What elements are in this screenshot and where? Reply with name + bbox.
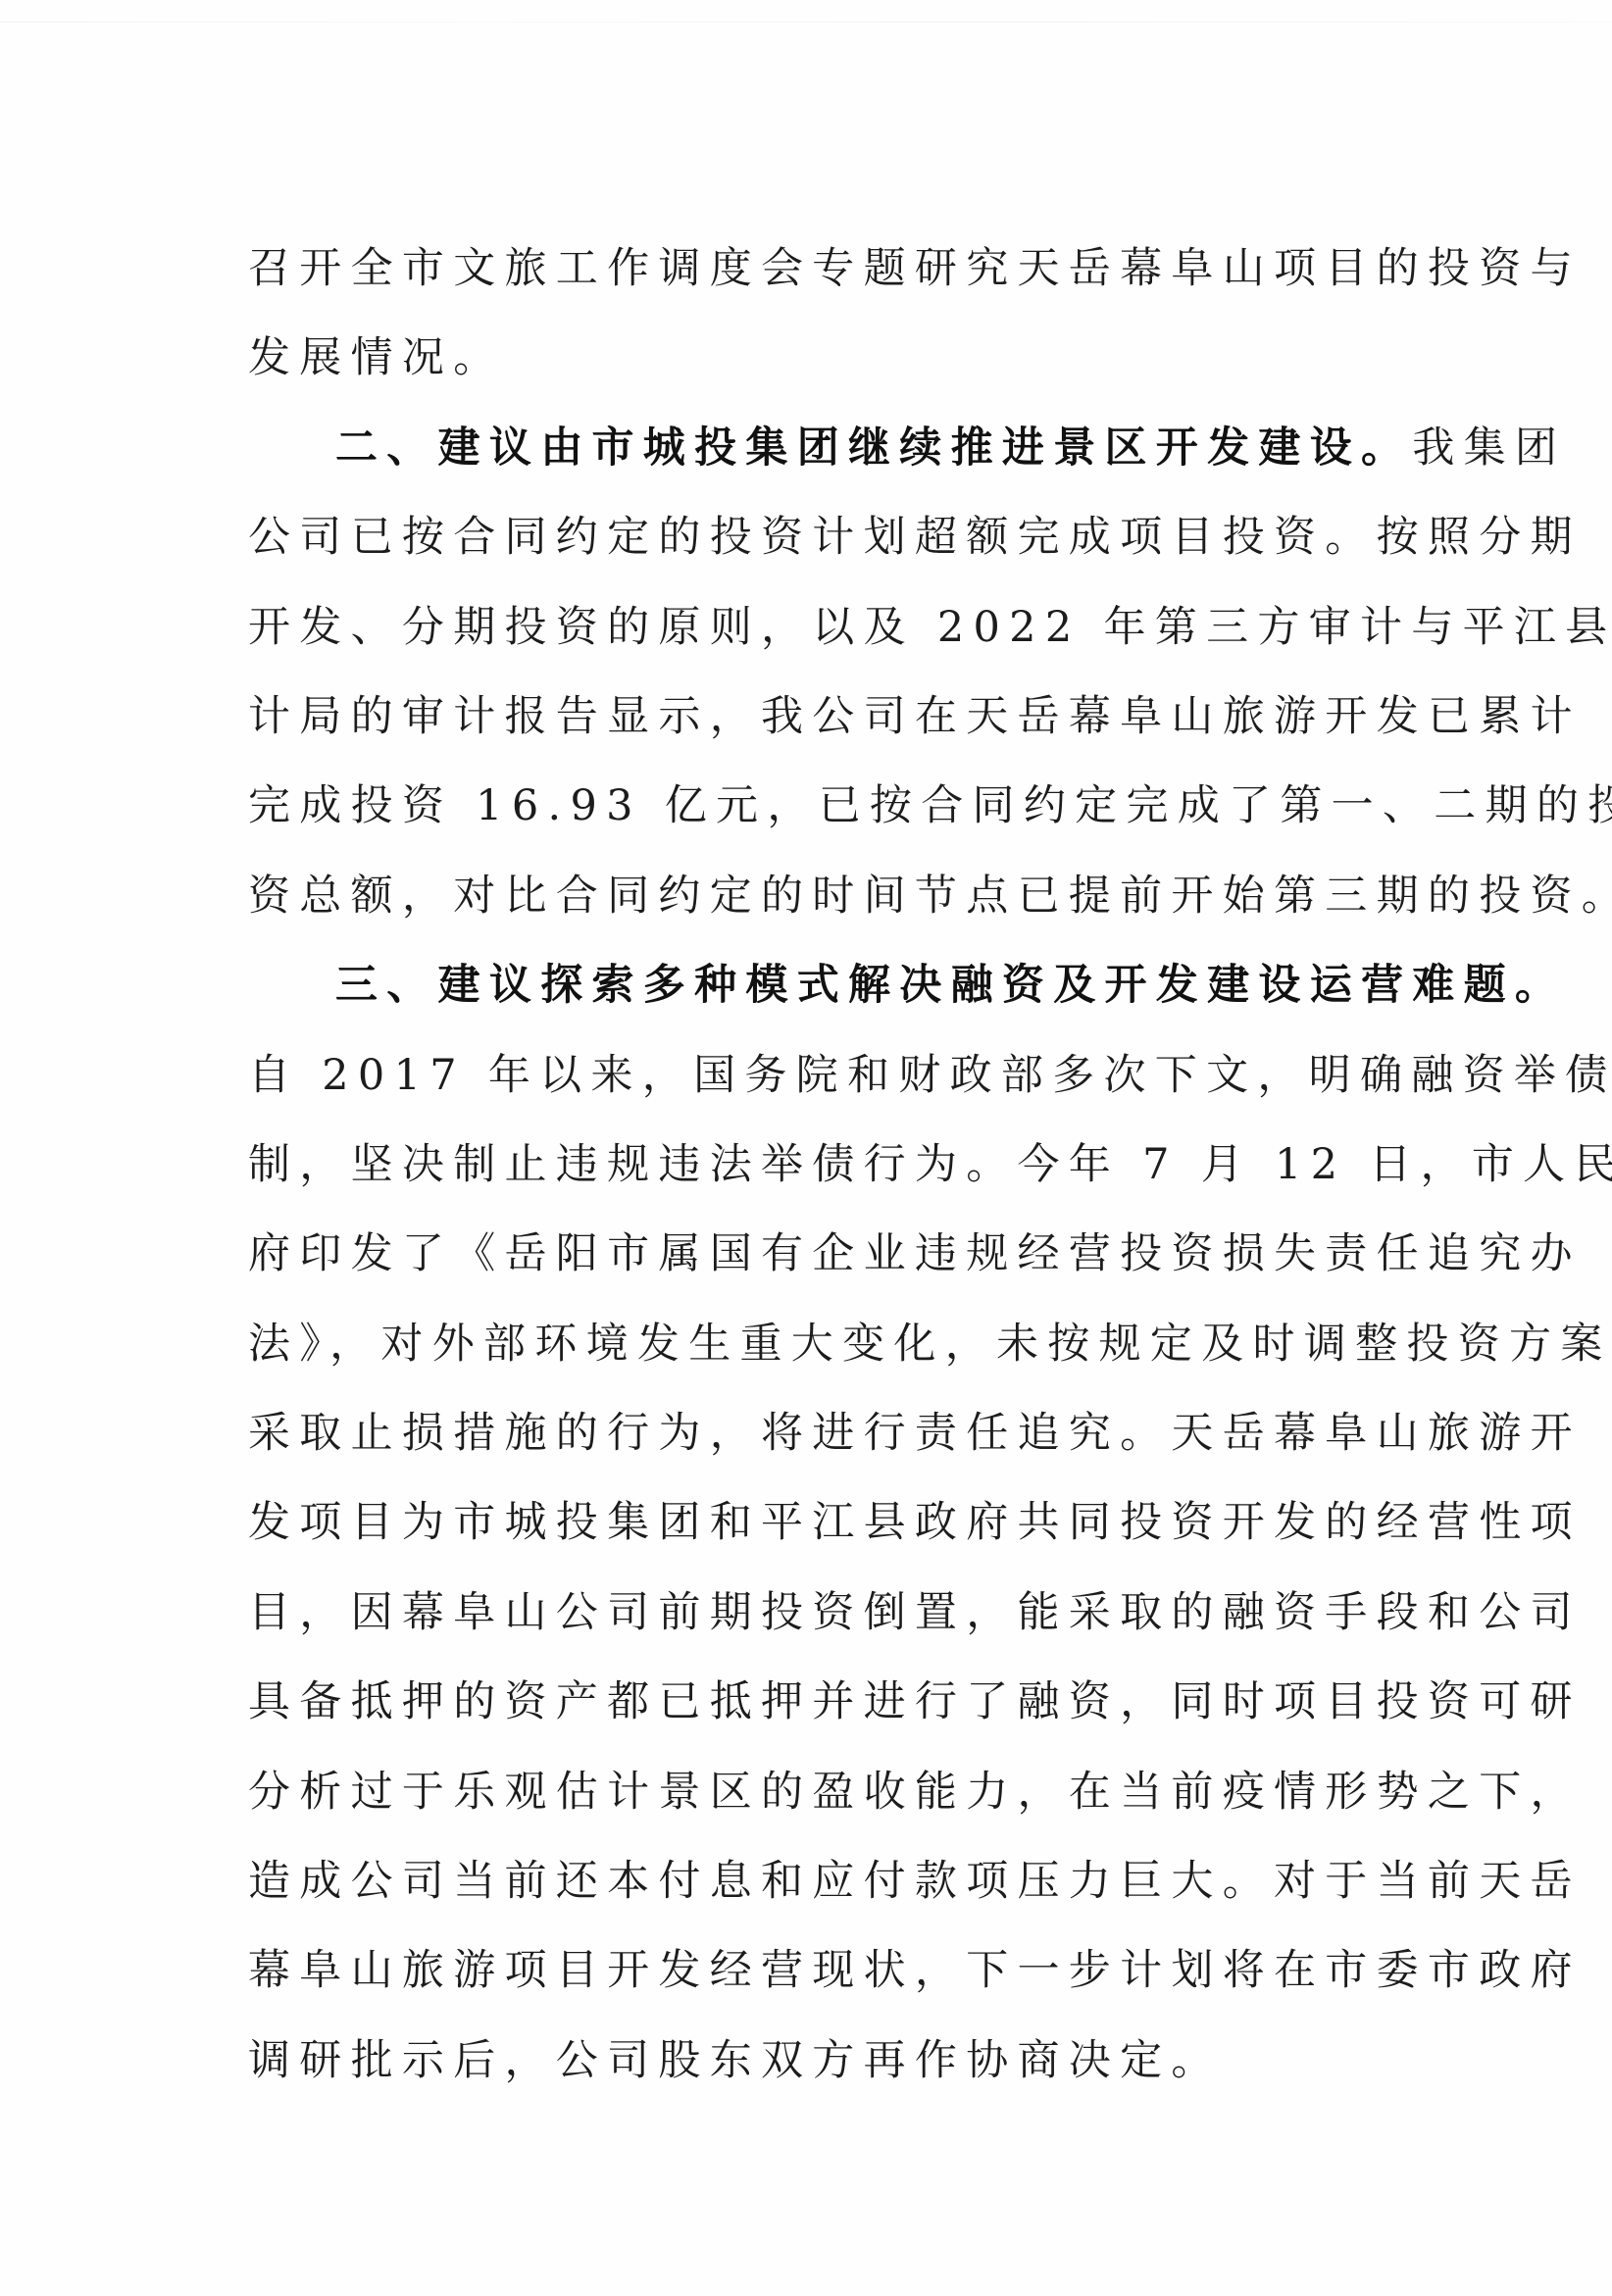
text-line: 府印发了《岳阳市属国有企业违规经营投资损失责任追究办	[248, 1224, 1385, 1314]
line-text: 府印发了《岳阳市属国有企业违规经营投资损失责任追究办	[248, 1229, 1582, 1278]
section-heading-2: 二、建议由市城投集团继续推进景区开发建设。	[335, 424, 1412, 473]
line-text: 发项目为市城投集团和平江县政府共同投资开发的经营性项	[248, 1498, 1582, 1547]
line-text: 幕阜山旅游项目开发经营现状，下一步计划将在市委市政府	[248, 1946, 1582, 1995]
text-line: 目，因幕阜山公司前期投资倒置，能采取的融资手段和公司	[248, 1583, 1385, 1672]
line-text: 发展情况。	[248, 333, 505, 382]
text-line: 法》，对外部环境发生重大变化，未按规定及时调整投资方案	[248, 1315, 1385, 1404]
line-text: 完成投资 16.93 亿元，已按合同约定完成了第一、二期的投	[248, 781, 1612, 830]
text-line: 制，坚决制止违规违法举债行为。今年 7 月 12 日，市人民政	[248, 1135, 1385, 1224]
document-body: 召开全市文旅工作调度会专题研究天岳幕阜山项目的投资与 发展情况。 二、建议由市城…	[248, 239, 1385, 2121]
line-text: 自 2017 年以来，国务院和财政部多次下文，明确融资举债机	[248, 1051, 1612, 1100]
line-text: 具备抵押的资产都已抵押并进行了融资，同时项目投资可研	[248, 1677, 1582, 1726]
text-line: 自 2017 年以来，国务院和财政部多次下文，明确融资举债机	[248, 1046, 1385, 1135]
section-heading-3: 三、建议探索多种模式解决融资及开发建设运营难题。	[335, 961, 1566, 1010]
section-heading-line: 三、建议探索多种模式解决融资及开发建设运营难题。	[248, 956, 1385, 1045]
text-line: 采取止损措施的行为，将进行责任追究。天岳幕阜山旅游开	[248, 1404, 1385, 1493]
line-text: 法》，对外部环境发生重大变化，未按规定及时调整投资方案	[248, 1320, 1612, 1369]
document-page: 召开全市文旅工作调度会专题研究天岳幕阜山项目的投资与 发展情况。 二、建议由市城…	[0, 0, 1612, 2296]
line-text: 计局的审计报告显示，我公司在天岳幕阜山旅游开发已累计	[248, 692, 1582, 741]
section-heading-line: 二、建议由市城投集团继续推进景区开发建设。我集团	[248, 419, 1385, 508]
text-line: 资总额，对比合同约定的时间节点已提前开始第三期的投资。	[248, 867, 1385, 956]
line-text: 开发、分期投资的原则，以及 2022 年第三方审计与平江县审	[248, 603, 1612, 652]
text-line: 调研批示后，公司股东双方再作协商决定。	[248, 2031, 1385, 2121]
text-line: 幕阜山旅游项目开发经营现状，下一步计划将在市委市政府	[248, 1941, 1385, 2030]
text-line: 分析过于乐观估计景区的盈收能力，在当前疫情形势之下，	[248, 1763, 1385, 1852]
line-text: 召开全市文旅工作调度会专题研究天岳幕阜山项目的投资与	[248, 244, 1582, 293]
text-line: 召开全市文旅工作调度会专题研究天岳幕阜山项目的投资与	[248, 239, 1385, 328]
line-text: 我集团	[1412, 424, 1566, 473]
text-line: 计局的审计报告显示，我公司在天岳幕阜山旅游开发已累计	[248, 687, 1385, 776]
text-line: 开发、分期投资的原则，以及 2022 年第三方审计与平江县审	[248, 598, 1385, 687]
text-line: 公司已按合同约定的投资计划超额完成项目投资。按照分期	[248, 508, 1385, 597]
line-text: 公司已按合同约定的投资计划超额完成项目投资。按照分期	[248, 513, 1582, 562]
line-text: 调研批示后，公司股东双方再作协商决定。	[248, 2036, 1223, 2085]
text-line: 造成公司当前还本付息和应付款项压力巨大。对于当前天岳	[248, 1852, 1385, 1941]
text-line: 发项目为市城投集团和平江县政府共同投资开发的经营性项	[248, 1493, 1385, 1582]
text-line: 完成投资 16.93 亿元，已按合同约定完成了第一、二期的投	[248, 776, 1385, 866]
line-text: 目，因幕阜山公司前期投资倒置，能采取的融资手段和公司	[248, 1588, 1582, 1637]
line-text: 分析过于乐观估计景区的盈收能力，在当前疫情形势之下，	[248, 1768, 1582, 1817]
text-line: 发展情况。	[248, 328, 1385, 418]
line-text: 资总额，对比合同约定的时间节点已提前开始第三期的投资。	[248, 872, 1612, 921]
line-text: 制，坚决制止违规违法举债行为。今年 7 月 12 日，市人民政	[248, 1140, 1612, 1189]
line-text: 造成公司当前还本付息和应付款项压力巨大。对于当前天岳	[248, 1857, 1582, 1906]
text-line: 具备抵押的资产都已抵押并进行了融资，同时项目投资可研	[248, 1672, 1385, 1762]
scan-artifact-line	[0, 22, 1612, 23]
line-text: 采取止损措施的行为，将进行责任追究。天岳幕阜山旅游开	[248, 1409, 1582, 1458]
